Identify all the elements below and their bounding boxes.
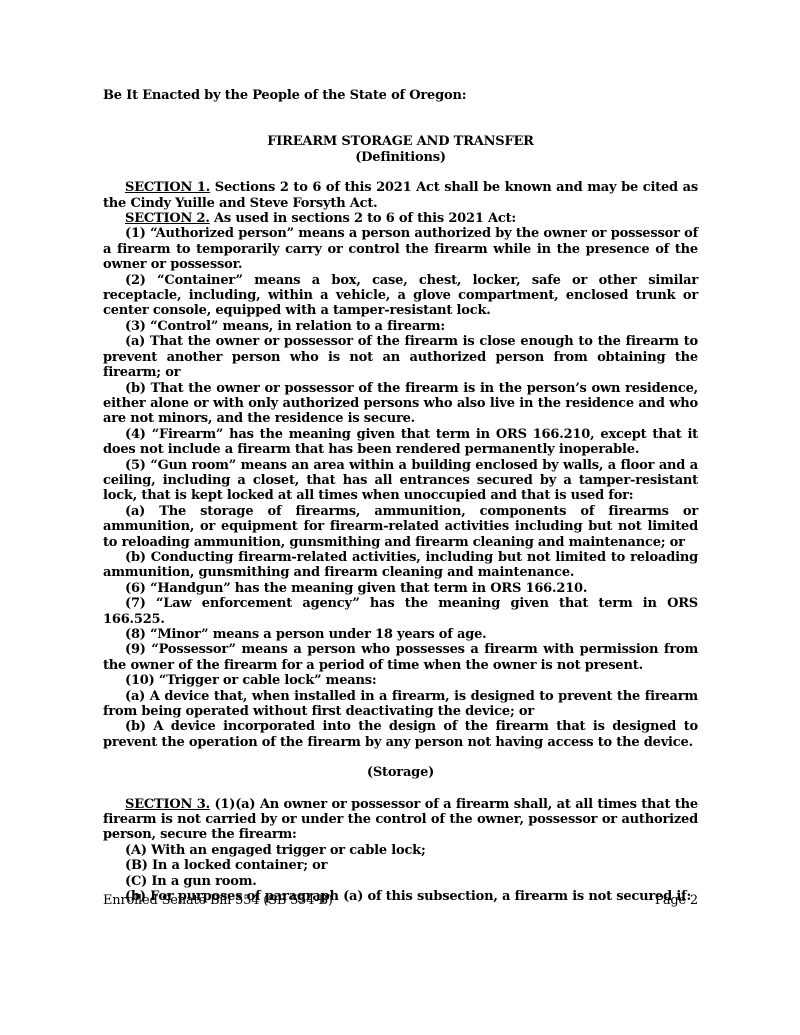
paragraph: (b) Conducting firearm-related activitie… [103,550,698,581]
paragraph: (a) The storage of firearms, ammunition,… [103,504,698,550]
document-content: Be It Enacted by the People of the State… [103,88,698,905]
paragraph: (9) “Possessor” means a person who posse… [103,642,698,673]
enacting-clause: Be It Enacted by the People of the State… [103,88,698,103]
paragraph: (6) “Handgun” has the meaning given that… [103,581,698,596]
paragraph: (4) “Firearm” has the meaning given that… [103,427,698,458]
paragraph: (5) “Gun room” means an area within a bu… [103,458,698,504]
definitions-subheading: (Definitions) [103,150,698,165]
paragraph: (C) In a gun room. [103,874,698,889]
section-label: SECTION 1. [125,180,210,195]
paragraph: (a) That the owner or possessor of the f… [103,334,698,380]
paragraph: (10) “Trigger or cable lock” means: [103,673,698,688]
section-label: SECTION 3. [125,797,210,812]
storage-section: SECTION 3. (1)(a) An owner or possessor … [103,797,698,905]
paragraph: (b) That the owner or possessor of the f… [103,381,698,427]
paragraph: (8) “Minor” means a person under 18 year… [103,627,698,642]
paragraph: (a) A device that, when installed in a f… [103,689,698,720]
paragraph: (3) “Control” means, in relation to a fi… [103,319,698,334]
paragraph: (b) A device incorporated into the desig… [103,719,698,750]
act-title: FIREARM STORAGE AND TRANSFER [103,134,698,149]
act-heading-block: FIREARM STORAGE AND TRANSFER (Definition… [103,134,698,165]
storage-subheading: (Storage) [103,765,698,780]
definitions-section: SECTION 1. Sections 2 to 6 of this 2021 … [103,180,698,750]
paragraph: SECTION 2. As used in sections 2 to 6 of… [103,211,698,226]
section-label: SECTION 2. [125,211,210,226]
paragraph: SECTION 1. Sections 2 to 6 of this 2021 … [103,180,698,211]
paragraph: (7) “Law enforcement agency” has the mea… [103,596,698,627]
page-footer: Enrolled Senate Bill 554 (SB 554-B) Page… [103,893,698,908]
paragraph: (2) “Container” means a box, case, chest… [103,273,698,319]
paragraph: SECTION 3. (1)(a) An owner or possessor … [103,797,698,843]
footer-bill-identifier: Enrolled Senate Bill 554 (SB 554-B) [103,893,333,908]
paragraph: (A) With an engaged trigger or cable loc… [103,843,698,858]
footer-page-number: Page 2 [655,893,698,908]
paragraph: (1) “Authorized person” means a person a… [103,226,698,272]
document-page: Be It Enacted by the People of the State… [0,0,800,1035]
paragraph: (B) In a locked container; or [103,858,698,873]
